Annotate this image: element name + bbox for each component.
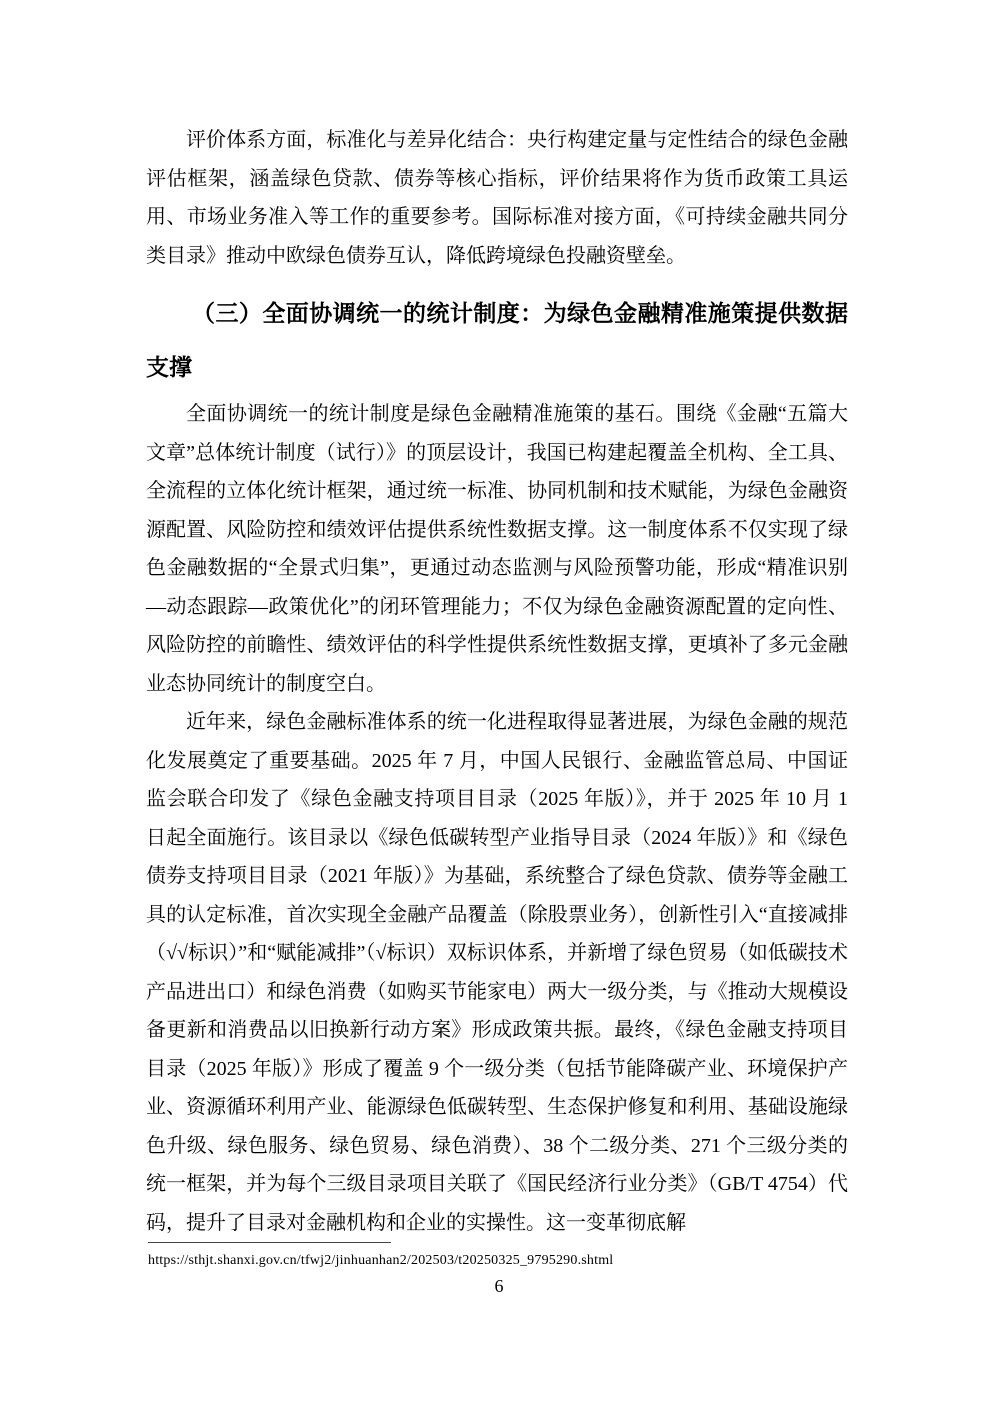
footnote-url: https://sthjt.shanxi.gov.cn/tfwj2/jinhua…	[148, 1252, 850, 1270]
paragraph-catalogue-2025: 近年来，绿色金融标准体系的统一化进程取得显著进展，为绿色金融的规范化发展奠定了重…	[146, 703, 848, 1242]
section-heading-three: （三）全面协调统一的统计制度：为绿色金融精准施策提供数据支撑	[146, 287, 848, 395]
footnote-separator	[148, 1242, 391, 1243]
paragraph-evaluation-system: 评价体系方面，标准化与差异化结合：央行构建定量与定性结合的绿色金融评估框架，涵盖…	[146, 121, 848, 275]
paragraph-statistics-system: 全面协调统一的统计制度是绿色金融精准施策的基石。围绕《金融“五篇大文章”总体统计…	[146, 395, 848, 703]
page-number: 6	[148, 1276, 850, 1297]
document-page: 评价体系方面，标准化与差异化结合：央行构建定量与定性结合的绿色金融评估框架，涵盖…	[0, 0, 992, 1403]
footnote-area: https://sthjt.shanxi.gov.cn/tfwj2/jinhua…	[148, 1242, 850, 1270]
page-body-text: 评价体系方面，标准化与差异化结合：央行构建定量与定性结合的绿色金融评估框架，涵盖…	[146, 121, 848, 1242]
